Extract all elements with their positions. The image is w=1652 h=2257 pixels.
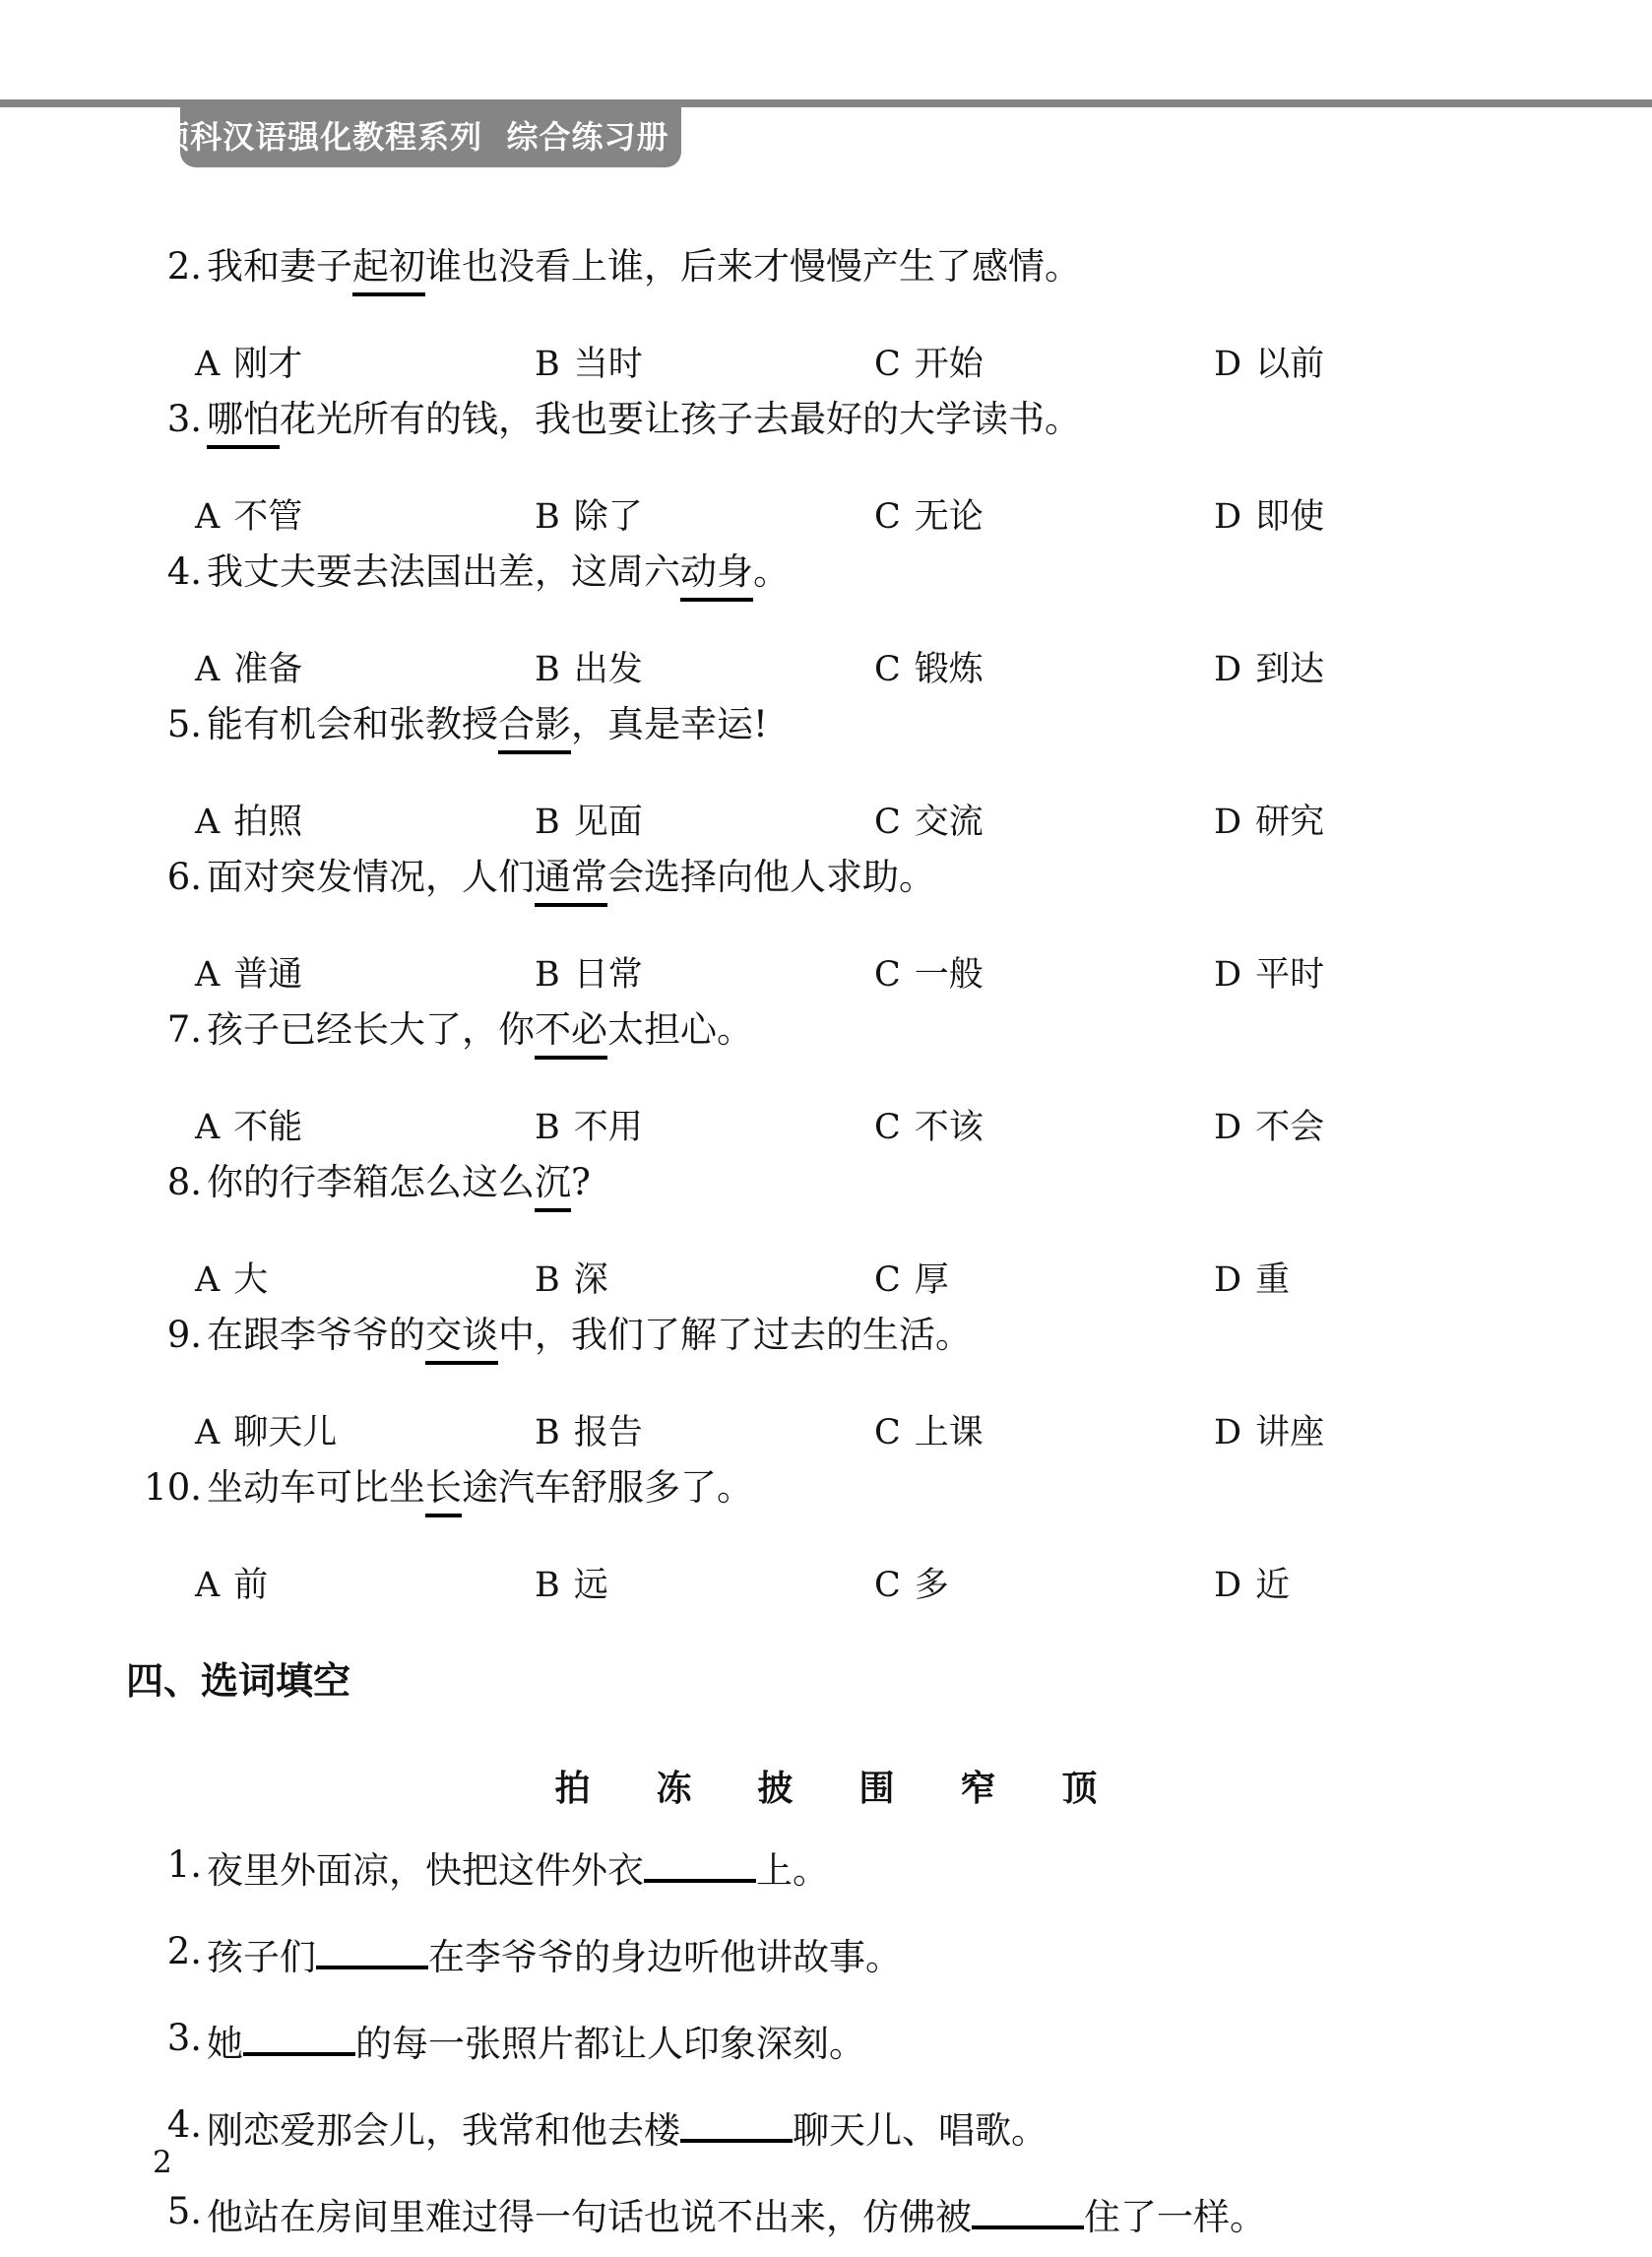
question-sentence: 我和妻子起初谁也没看上谁，后来才慢慢产生了感情。 bbox=[207, 242, 1081, 291]
word-bank-item: 拍 bbox=[554, 1769, 590, 1810]
option-c: C上课 bbox=[874, 1412, 1214, 1454]
question-number: 5. bbox=[0, 700, 202, 749]
option-d: D以前 bbox=[1214, 344, 1554, 386]
workbook-page: 预科汉语强化教程系列 综合练习册 5 2. 我和妻子起初谁也没看上谁，后来才慢慢… bbox=[0, 0, 1652, 2257]
option-a: A普通 bbox=[195, 954, 535, 997]
question-number: 7. bbox=[0, 1005, 202, 1055]
question-3: 3. 哪怕花光所有的钱，我也要让孩子去最好的大学读书。 A不管 B除了 C无论 … bbox=[0, 395, 1652, 539]
question-sentence: 能有机会和张教授合影，真是幸运! bbox=[207, 700, 768, 749]
question-number: 10. bbox=[0, 1463, 202, 1513]
option-c: C开始 bbox=[874, 344, 1214, 386]
option-d: D近 bbox=[1214, 1565, 1554, 1607]
fill-number: 1. bbox=[0, 1839, 202, 1897]
option-c: C厚 bbox=[874, 1259, 1214, 1302]
options-row: A准备 B出发 C锻炼 D到达 bbox=[195, 649, 1652, 691]
fill-item-5: 5. 他站在房间里难过得一句话也说不出来，仿佛被住了一样。 bbox=[0, 2186, 1652, 2243]
series-badge: 预科汉语强化教程系列 综合练习册 5 bbox=[180, 101, 681, 167]
underlined-word: 沉 bbox=[535, 1161, 571, 1212]
underlined-word: 起初 bbox=[352, 245, 425, 296]
question-sentence: 在跟李爷爷的交谈中，我们了解了过去的生活。 bbox=[207, 1311, 972, 1360]
question-8: 8. 你的行李箱怎么这么沉? A大 B深 C厚 D重 bbox=[0, 1158, 1652, 1302]
word-bank: 拍 冻 披 围 窄 顶 bbox=[0, 1769, 1652, 1810]
question-sentence: 坐动车可比坐长途汽车舒服多了。 bbox=[207, 1463, 753, 1513]
question-sentence: 孩子已经长大了，你不必太担心。 bbox=[207, 1005, 753, 1055]
fill-item-3: 3. 她的每一张照片都让人印象深刻。 bbox=[0, 2013, 1652, 2070]
options-row: A不管 B除了 C无论 D即使 bbox=[195, 496, 1652, 539]
question-number: 6. bbox=[0, 853, 202, 902]
word-bank-item: 冻 bbox=[656, 1769, 691, 1810]
underlined-word: 不必 bbox=[535, 1008, 607, 1060]
option-a: A准备 bbox=[195, 649, 535, 691]
word-bank-item: 顶 bbox=[1062, 1769, 1098, 1810]
option-d: D讲座 bbox=[1214, 1412, 1554, 1454]
options-row: A拍照 B见面 C交流 D研究 bbox=[195, 802, 1652, 844]
option-a: A聊天儿 bbox=[195, 1412, 535, 1454]
question-number: 8. bbox=[0, 1158, 202, 1207]
option-a: A前 bbox=[195, 1565, 535, 1607]
blank-line bbox=[680, 2099, 793, 2143]
options-row: A刚才 B当时 C开始 D以前 bbox=[195, 344, 1652, 386]
section-title: 四、选词填空 bbox=[126, 1658, 1652, 1704]
option-c: C多 bbox=[874, 1565, 1214, 1607]
question-6: 6. 面对突发情况，人们通常会选择向他人求助。 A普通 B日常 C一般 D平时 bbox=[0, 853, 1652, 997]
options-row: A前 B远 C多 D近 bbox=[195, 1565, 1652, 1607]
question-sentence: 哪怕花光所有的钱，我也要让孩子去最好的大学读书。 bbox=[207, 395, 1081, 444]
option-a: A拍照 bbox=[195, 802, 535, 844]
question-number: 4. bbox=[0, 548, 202, 597]
options-row: A大 B深 C厚 D重 bbox=[195, 1259, 1652, 1302]
underlined-word: 哪怕 bbox=[207, 398, 280, 449]
fill-item-1: 1. 夜里外面凉，快把这件外衣上。 bbox=[0, 1839, 1652, 1897]
option-b: B深 bbox=[535, 1259, 874, 1302]
option-a: A不能 bbox=[195, 1107, 535, 1149]
option-c: C无论 bbox=[874, 496, 1214, 539]
options-row: A不能 B不用 C不该 D不会 bbox=[195, 1107, 1652, 1149]
option-c: C一般 bbox=[874, 954, 1214, 997]
option-c: C交流 bbox=[874, 802, 1214, 844]
blank-line bbox=[243, 2013, 355, 2056]
blank-line bbox=[972, 2186, 1084, 2229]
option-b: B远 bbox=[535, 1565, 874, 1607]
series-badge-label: 预科汉语强化教程系列 综合练习册 5 bbox=[158, 112, 704, 158]
question-sentence: 你的行李箱怎么这么沉? bbox=[207, 1158, 591, 1207]
question-9: 9. 在跟李爷爷的交谈中，我们了解了过去的生活。 A聊天儿 B报告 C上课 D讲… bbox=[0, 1311, 1652, 1454]
question-10: 10. 坐动车可比坐长途汽车舒服多了。 A前 B远 C多 D近 bbox=[0, 1463, 1652, 1607]
question-number: 3. bbox=[0, 395, 202, 444]
option-b: B日常 bbox=[535, 954, 874, 997]
blank-line bbox=[644, 1839, 756, 1883]
fill-number: 2. bbox=[0, 1926, 202, 1983]
question-7: 7. 孩子已经长大了，你不必太担心。 A不能 B不用 C不该 D不会 bbox=[0, 1005, 1652, 1149]
option-d: D研究 bbox=[1214, 802, 1554, 844]
page-number: 2 bbox=[153, 2145, 172, 2180]
question-sentence: 我丈夫要去法国出差，这周六动身。 bbox=[207, 548, 790, 597]
fill-item-2: 2. 孩子们在李爷爷的身边听他讲故事。 bbox=[0, 1926, 1652, 1983]
option-a: A大 bbox=[195, 1259, 535, 1302]
question-2: 2. 我和妻子起初谁也没看上谁，后来才慢慢产生了感情。 A刚才 B当时 C开始 … bbox=[0, 242, 1652, 386]
underlined-word: 合影 bbox=[498, 703, 571, 754]
underlined-word: 交谈 bbox=[425, 1314, 498, 1365]
option-c: C不该 bbox=[874, 1107, 1214, 1149]
question-number: 2. bbox=[0, 242, 202, 291]
question-sentence: 面对突发情况，人们通常会选择向他人求助。 bbox=[207, 853, 935, 902]
option-d: D即使 bbox=[1214, 496, 1554, 539]
option-b: B见面 bbox=[535, 802, 874, 844]
option-b: B出发 bbox=[535, 649, 874, 691]
underlined-word: 动身 bbox=[680, 550, 753, 602]
underlined-word: 长 bbox=[425, 1466, 462, 1517]
blank-line bbox=[316, 1926, 428, 1969]
question-5: 5. 能有机会和张教授合影，真是幸运! A拍照 B见面 C交流 D研究 bbox=[0, 700, 1652, 844]
question-number: 9. bbox=[0, 1311, 202, 1360]
option-d: D不会 bbox=[1214, 1107, 1554, 1149]
option-d: D重 bbox=[1214, 1259, 1554, 1302]
fill-item-4: 4. 刚恋爱那会儿，我常和他去楼聊天儿、唱歌。 bbox=[0, 2099, 1652, 2157]
option-b: B不用 bbox=[535, 1107, 874, 1149]
option-a: A刚才 bbox=[195, 344, 535, 386]
underlined-word: 通常 bbox=[535, 856, 607, 907]
word-bank-item: 披 bbox=[757, 1769, 793, 1810]
option-d: D平时 bbox=[1214, 954, 1554, 997]
option-b: B报告 bbox=[535, 1412, 874, 1454]
option-b: B除了 bbox=[535, 496, 874, 539]
question-4: 4. 我丈夫要去法国出差，这周六动身。 A准备 B出发 C锻炼 D到达 bbox=[0, 548, 1652, 691]
option-d: D到达 bbox=[1214, 649, 1554, 691]
exercise-content: 2. 我和妻子起初谁也没看上谁，后来才慢慢产生了感情。 A刚才 B当时 C开始 … bbox=[0, 242, 1652, 2243]
options-row: A普通 B日常 C一般 D平时 bbox=[195, 954, 1652, 997]
word-bank-item: 围 bbox=[859, 1769, 895, 1810]
option-b: B当时 bbox=[535, 344, 874, 386]
word-bank-item: 窄 bbox=[961, 1769, 996, 1810]
options-row: A聊天儿 B报告 C上课 D讲座 bbox=[195, 1412, 1652, 1454]
option-a: A不管 bbox=[195, 496, 535, 539]
option-c: C锻炼 bbox=[874, 649, 1214, 691]
fill-number: 3. bbox=[0, 2013, 202, 2070]
fill-number: 5. bbox=[0, 2186, 202, 2243]
